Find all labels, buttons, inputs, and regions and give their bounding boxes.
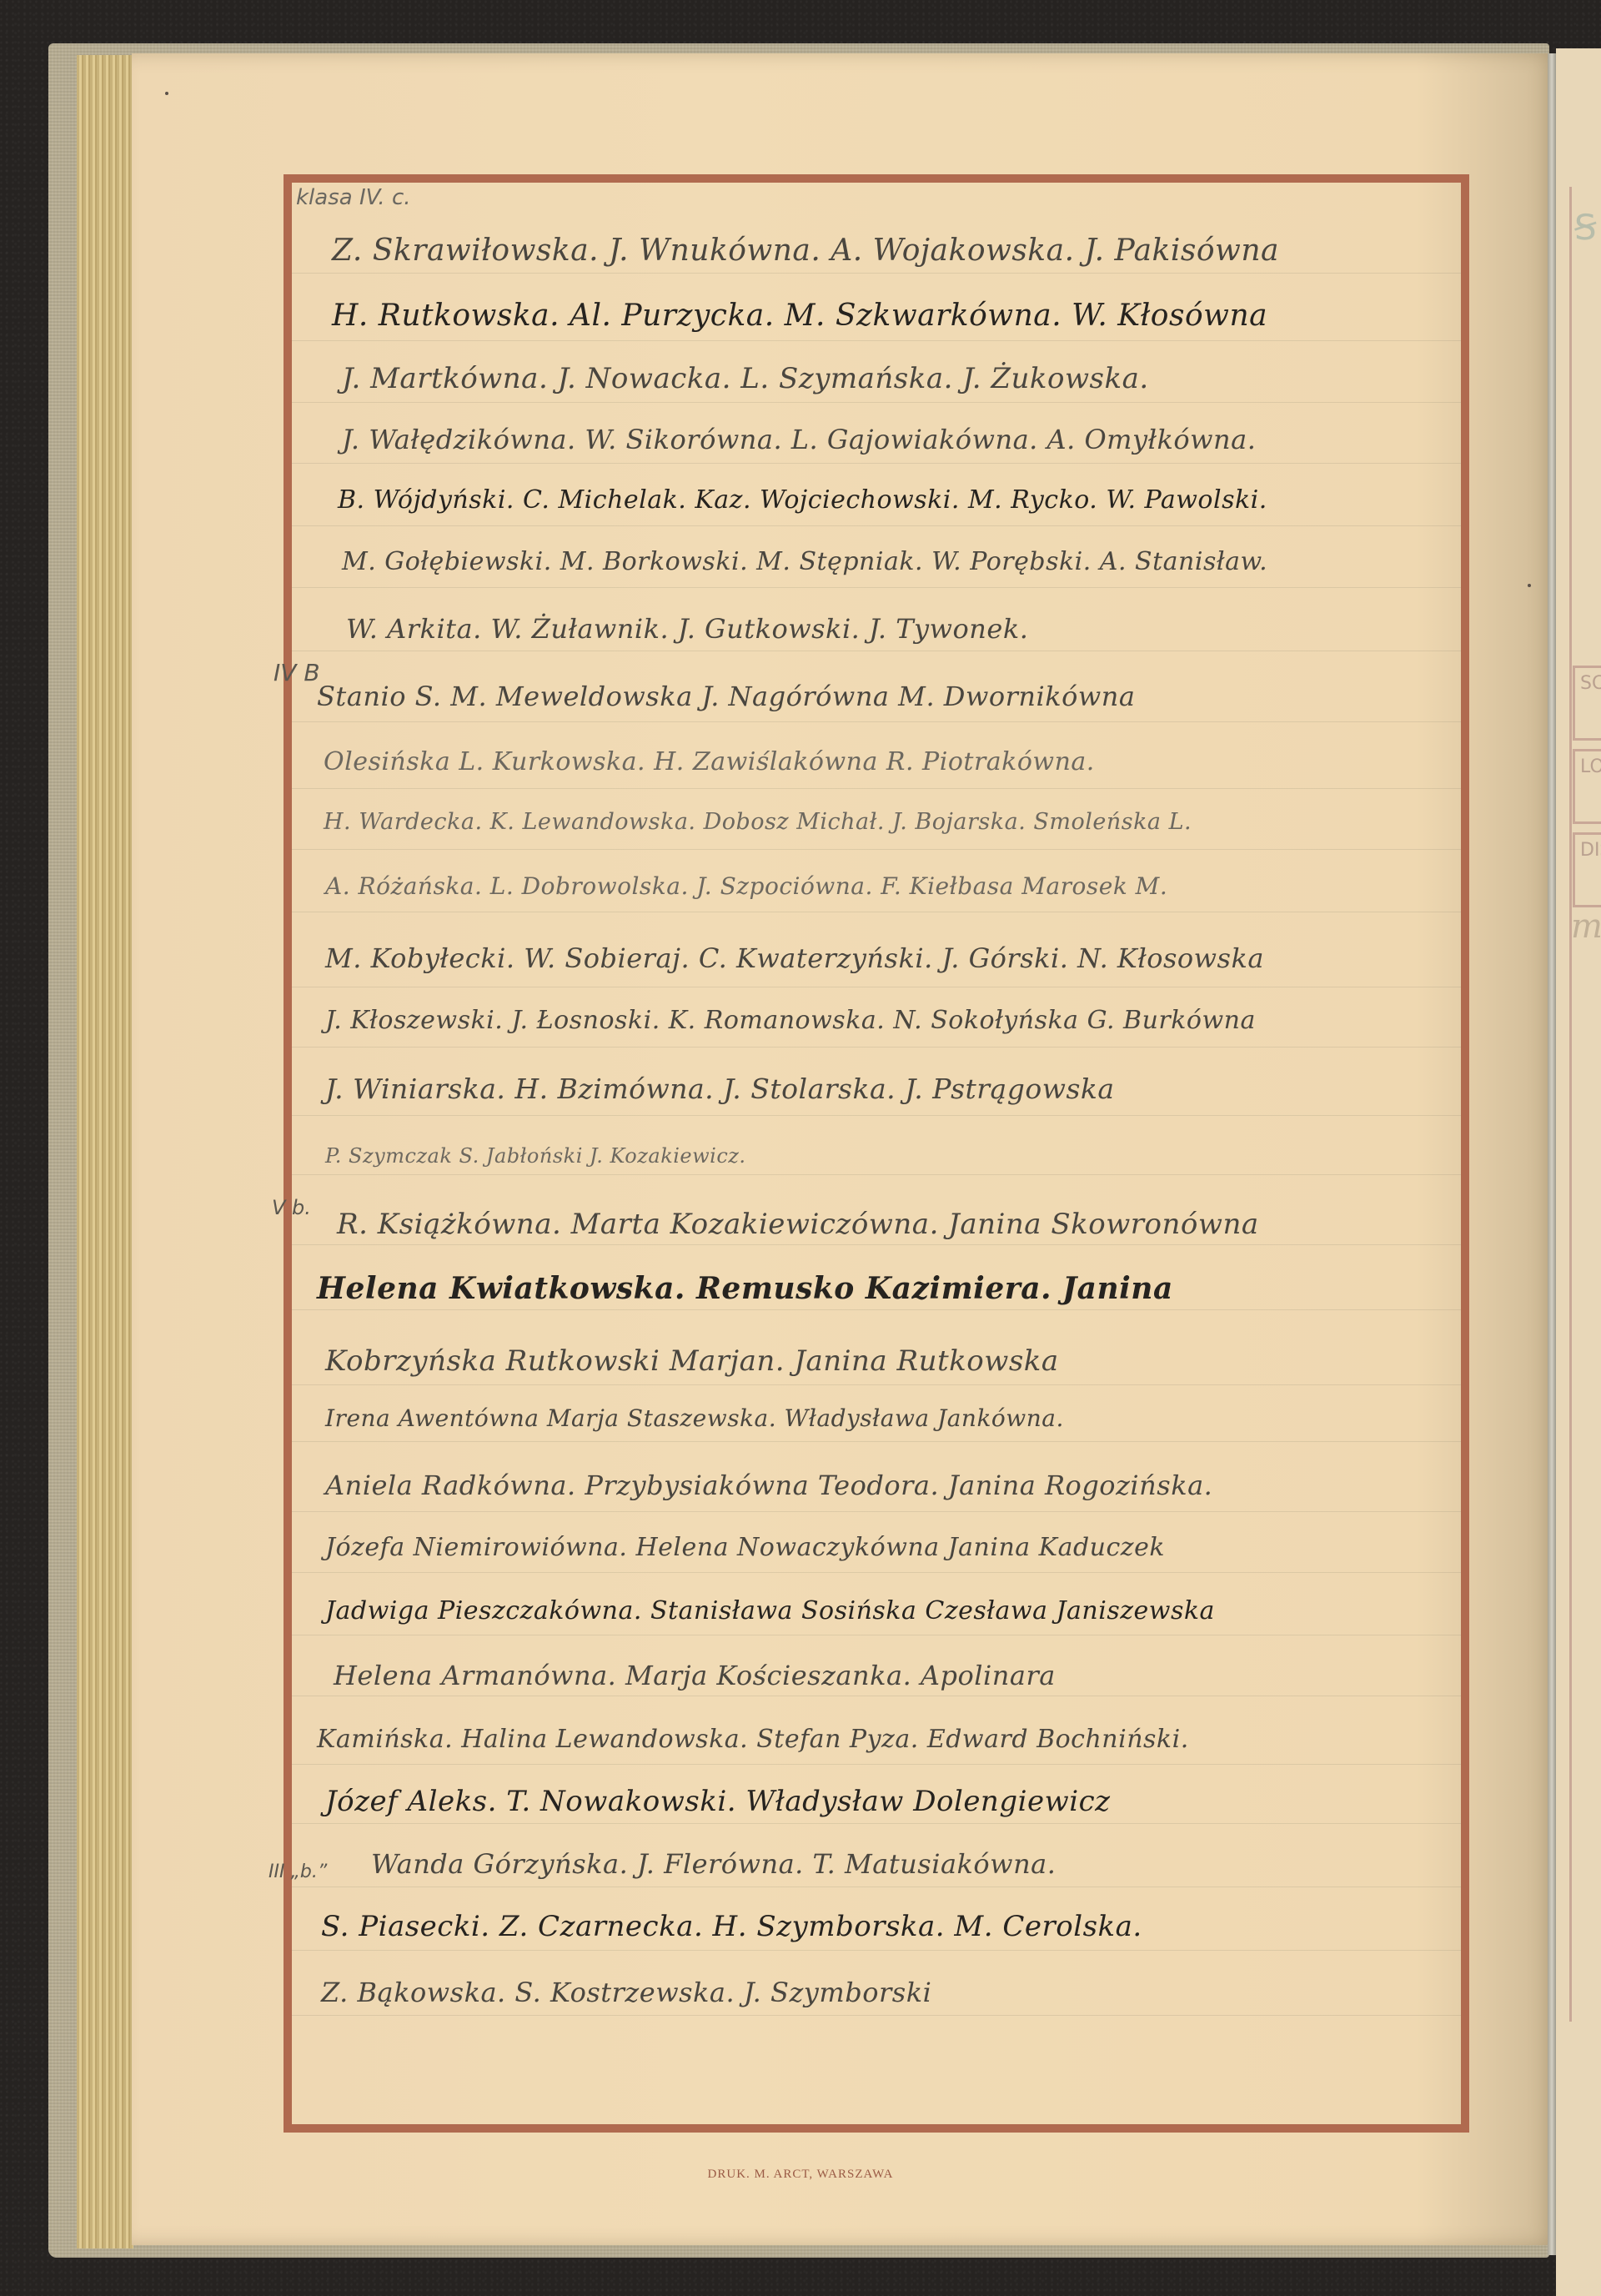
roster-line: Z. Bąkowska. S. Kostrzewska. J. Szymbors…: [321, 1977, 931, 2008]
page-edges: [77, 55, 133, 2248]
class-label-iv-b: IV B: [274, 659, 320, 686]
roster-line: Helena Armanówna. Marja Kościeszanka. Ap…: [334, 1660, 1056, 1691]
roster-line: Kobrzyńska Rutkowski Marjan. Janina Rutk…: [325, 1344, 1059, 1378]
roster-line: Kamińska. Halina Lewandowska. Stefan Pyz…: [317, 1725, 1189, 1754]
roster-line: H. Rutkowska. Al. Purzycka. M. Szkwarków…: [332, 299, 1267, 333]
guideline: [292, 788, 1461, 789]
guideline: [292, 849, 1461, 850]
fragment: DIS: [1580, 840, 1601, 861]
guideline: [292, 1174, 1461, 1175]
roster-line: A. Różańska. L. Dobrowolska. J. Szpociów…: [325, 872, 1167, 900]
roster-line: J. Wałędzikówna. W. Sikorówna. L. Gajowi…: [342, 424, 1256, 455]
guideline: [292, 1309, 1461, 1310]
adjacent-page: Ꞩ SCH LOC DIS m: [1556, 48, 1601, 2296]
guideline: [292, 463, 1461, 464]
guideline: [292, 1572, 1461, 1573]
roster-line: H. Wardecka. K. Lewandowska. Dobosz Mich…: [324, 809, 1192, 835]
roster-line: R. Książkówna. Marta Kozakiewiczówna. Ja…: [337, 1208, 1259, 1241]
guideline: [292, 1764, 1461, 1765]
guideline: [292, 1511, 1461, 1512]
guideline: [292, 1887, 1461, 1887]
guideline: [292, 273, 1461, 274]
class-label-iii-b: III „b.”: [269, 1861, 327, 1882]
guideline: [292, 1696, 1461, 1696]
guideline: [292, 1115, 1461, 1116]
class-label-iv-c: klasa IV. c.: [296, 185, 411, 210]
roster-line: Wanda Górzyńska. J. Flerówna. T. Matusia…: [371, 1848, 1056, 1880]
guideline: [292, 2015, 1461, 2016]
class-label-v-b: V b.: [272, 1196, 311, 1219]
roster-line: J. Winiarska. H. Bzimówna. J. Stolarska.…: [325, 1073, 1115, 1105]
roster-line: S. Piasecki. Z. Czarnecka. H. Szymborska…: [321, 1910, 1142, 1943]
roster-line: Z. Skrawiłowska. J. Wnukówna. A. Wojakow…: [332, 234, 1279, 268]
roster-line: Stanio S. M. Meweldowska J. Nagórówna M.…: [317, 681, 1135, 712]
guideline: [292, 1047, 1461, 1048]
guideline: [292, 1823, 1461, 1824]
guideline: [292, 340, 1461, 341]
fragment: LOC: [1580, 756, 1601, 777]
book-gutter: [1548, 53, 1556, 2255]
fragment: SCH: [1580, 673, 1601, 694]
guideline: [292, 987, 1461, 987]
roster-line: Irena Awentówna Marja Staszewska. Władys…: [325, 1404, 1064, 1432]
guideline: [292, 721, 1461, 722]
adjacent-page-box: LOC: [1573, 749, 1601, 824]
guideline: [292, 1950, 1461, 1951]
roster-line: M. Kobyłecki. W. Sobieraj. C. Kwaterzyńs…: [325, 942, 1264, 974]
adjacent-page-box: DIS: [1573, 832, 1601, 907]
roster-line: B. Wójdyński. C. Michelak. Kaz. Wojciech…: [338, 485, 1267, 515]
roster-line: M. Gołębiewski. M. Borkowski. M. Stępnia…: [342, 547, 1267, 576]
printer-imprint: DRUK. M. ARCT, WARSZAWA: [0, 2168, 1601, 2182]
roster-line: Jadwiga Pieszczakówna. Stanisława Sosińs…: [325, 1596, 1215, 1625]
roster-line: W. Arkita. W. Żuławnik. J. Gutkowski. J.…: [346, 613, 1028, 645]
roster-line: Józefa Niemirowiówna. Helena Nowaczykówn…: [325, 1533, 1165, 1562]
adjacent-page-frame: [1569, 187, 1601, 2022]
adjacent-page-text: m: [1571, 907, 1601, 946]
roster-line: Aniela Radkówna. Przybysiakówna Teodora.…: [325, 1470, 1212, 1501]
adjacent-page-ornament: Ꞩ: [1574, 207, 1597, 248]
guideline: [292, 587, 1461, 588]
guideline: [292, 525, 1461, 526]
guideline: [292, 402, 1461, 403]
roster-line: Olesińska L. Kurkowska. H. Zawiślakówna …: [324, 747, 1095, 776]
guideline: [292, 1384, 1461, 1385]
paper-speck: [165, 92, 168, 95]
guideline: [292, 651, 1461, 651]
roster-line: P. Szymczak S. Jabłoński J. Kozakiewicz.: [325, 1144, 746, 1168]
guideline: [292, 1244, 1461, 1245]
roster-line: J. Kłoszewski. J. Łosnoski. K. Romanowsk…: [325, 1006, 1256, 1035]
adjacent-page-box: SCH: [1573, 666, 1601, 741]
guideline: [292, 1441, 1461, 1442]
paper-speck: [1528, 584, 1531, 587]
roster-line: J. Martkówna. J. Nowacka. L. Szymańska. …: [342, 362, 1149, 395]
roster-line: Helena Kwiatkowska. Remusko Kazimiera. J…: [317, 1271, 1173, 1306]
roster-line: Józef Aleks. T. Nowakowski. Władysław Do…: [325, 1785, 1111, 1818]
guideline: [292, 1635, 1461, 1635]
guideline: [292, 912, 1461, 912]
